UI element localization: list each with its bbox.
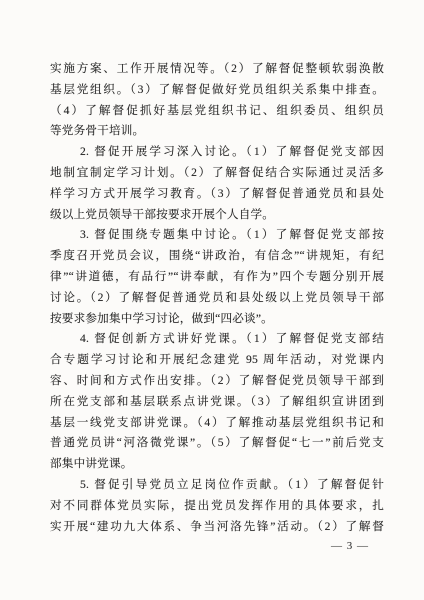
text-line: 普通党员讲“河洛微党课”。（5）了解督促“七一”前后党支 [50, 433, 384, 454]
text-line: 按要求参加集中学习讨论，做到“四必谈”。 [50, 309, 384, 330]
text-line: 5. 督促引导党员立足岗位作贡献。（1）了解督促针 [50, 475, 384, 496]
text-line: 基层一线党支部讲党课。（4）了解推动基层党组织书记和 [50, 413, 384, 434]
text-line: 2. 督促开展学习深入讨论。（1）了解督促党支部因 [50, 142, 384, 163]
text-line: 级以上党员领导干部按要求开展个人自学。 [50, 205, 384, 226]
text-line: 季度召开党员会议，围绕“讲政治，有信念”“讲规矩，有纪 [50, 246, 384, 267]
text-line: 3. 督促围绕专题集中讨论。（1）了解督促党支部按 [50, 225, 384, 246]
text-line: 实施方案、工作开展情况等。（2）了解督促整顿软弱涣散 [50, 59, 384, 80]
text-line: （4）了解督促抓好基层党组织书记、组织委员、组织员 [50, 101, 384, 122]
text-line: 讨论。（2）了解督促普通党员和县处级以上党员领导干部 [50, 288, 384, 309]
text-line: 律”“讲道德，有品行”“讲奉献，有作为”四个专题分别开展 [50, 267, 384, 288]
document-page: 实施方案、工作开展情况等。（2）了解督促整顿软弱涣散基层党组织。（3）了解督促做… [0, 0, 424, 600]
text-line: 4. 督促创新方式讲好党课。（1）了解督促党支部结 [50, 329, 384, 350]
page-number: — 3 — [331, 539, 383, 553]
document-body: 实施方案、工作开展情况等。（2）了解督促整顿软弱涣散基层党组织。（3）了解督促做… [50, 59, 384, 537]
text-line: 样学习方式开展学习教育。（3）了解督促普通党员和县处 [50, 184, 384, 205]
text-line: 等党务骨干培训。 [50, 121, 384, 142]
text-line: 合专题学习讨论和开展纪念建党 95 周年活动，对党课内 [50, 350, 384, 371]
text-line: 容、时间和方式作出安排。（2）了解督促党员领导干部到 [50, 371, 384, 392]
text-line: 基层党组织。（3）了解督促做好党员组织关系集中排查。 [50, 80, 384, 101]
text-line: 对不同群体党员实际，提出党员发挥作用的具体要求，扎 [50, 496, 384, 517]
text-line: 部集中讲党课。 [50, 454, 384, 475]
text-line: 实开展“建功九大体系、争当河洛先锋”活动。（2）了解督 [50, 517, 384, 538]
text-line: 地制宜制定学习计划。（2）了解督促结合实际通过灵活多 [50, 163, 384, 184]
text-line: 所在党支部和基层联系点讲党课。（3）了解组织宣讲团到 [50, 392, 384, 413]
